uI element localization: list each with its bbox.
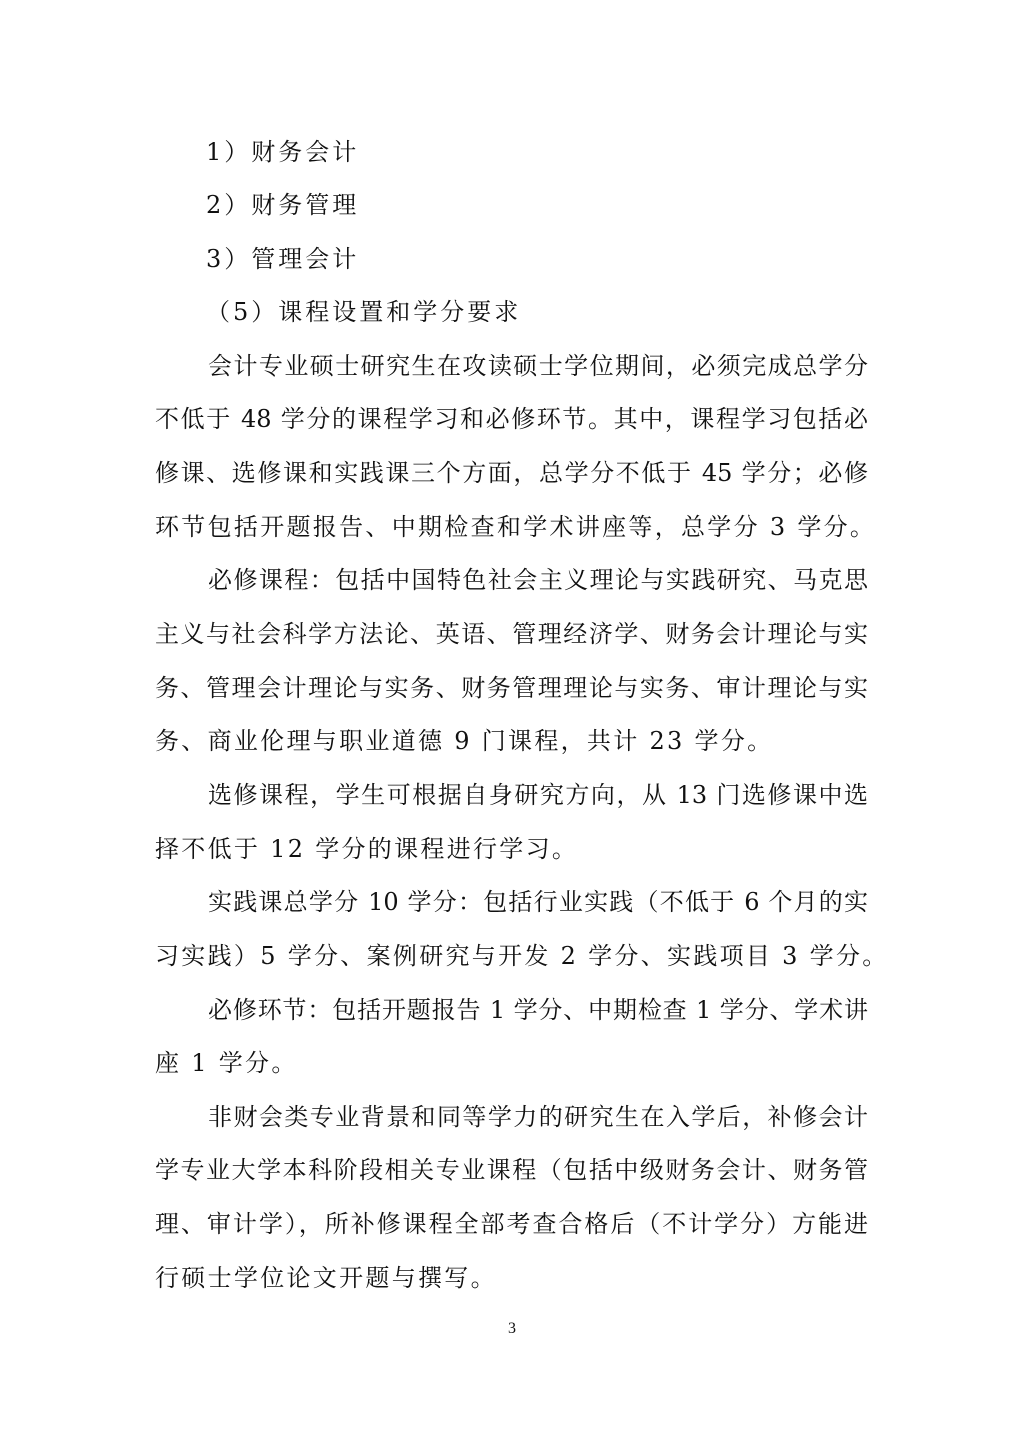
document-page: 1）财务会计 2）财务管理 3）管理会计 （5）课程设置和学分要求 会计专业硕士… (0, 0, 1024, 1448)
paragraph-line: 会计专业硕士研究生在攻读硕士学位期间，必须完成总学分 (208, 348, 868, 384)
list-item-management-accounting: 3）管理会计 (206, 241, 919, 277)
paragraph-line: 必修环节：包括开题报告 1 学分、中期检查 1 学分、学术讲 (208, 992, 868, 1028)
paragraph-line: 必修课程：包括中国特色社会主义理论与实践研究、马克思 (208, 562, 868, 598)
paragraph-line: 择不低于 12 学分的课程进行学习。 (155, 831, 868, 867)
list-item-financial-accounting: 1）财务会计 (206, 134, 919, 170)
paragraph-line: 习实践）5 学分、案例研究与开发 2 学分、实践项目 3 学分。 (155, 938, 868, 974)
paragraph-line: 修课、选修课和实践课三个方面，总学分不低于 45 学分；必修 (155, 455, 868, 491)
list-item-financial-management: 2）财务管理 (206, 187, 919, 223)
paragraph-line: 主义与社会科学方法论、英语、管理经济学、财务会计理论与实 (155, 616, 868, 652)
paragraph-line: 理、审计学），所补修课程全部考查合格后（不计学分）方能进 (155, 1206, 868, 1242)
paragraph-line: 实践课总学分 10 学分：包括行业实践（不低于 6 个月的实 (208, 884, 868, 920)
paragraph-line: 行硕士学位论文开题与撰写。 (155, 1260, 868, 1296)
paragraph-line: 非财会类专业背景和同等学力的研究生在入学后，补修会计 (208, 1099, 868, 1135)
page-number: 3 (0, 1320, 1024, 1338)
paragraph-line: 不低于 48 学分的课程学习和必修环节。其中，课程学习包括必 (155, 401, 868, 437)
paragraph-line: 务、商业伦理与职业道德 9 门课程，共计 23 学分。 (155, 723, 868, 759)
paragraph-line: 务、管理会计理论与实务、财务管理理论与实务、审计理论与实 (155, 670, 868, 706)
section-heading: （5）课程设置和学分要求 (206, 294, 919, 330)
paragraph-line: 环节包括开题报告、中期检查和学术讲座等，总学分 3 学分。 (155, 509, 868, 545)
paragraph-line: 学专业大学本科阶段相关专业课程（包括中级财务会计、财务管 (155, 1152, 868, 1188)
paragraph-line: 座 1 学分。 (155, 1045, 868, 1081)
paragraph-line: 选修课程，学生可根据自身研究方向，从 13 门选修课中选 (208, 777, 868, 813)
